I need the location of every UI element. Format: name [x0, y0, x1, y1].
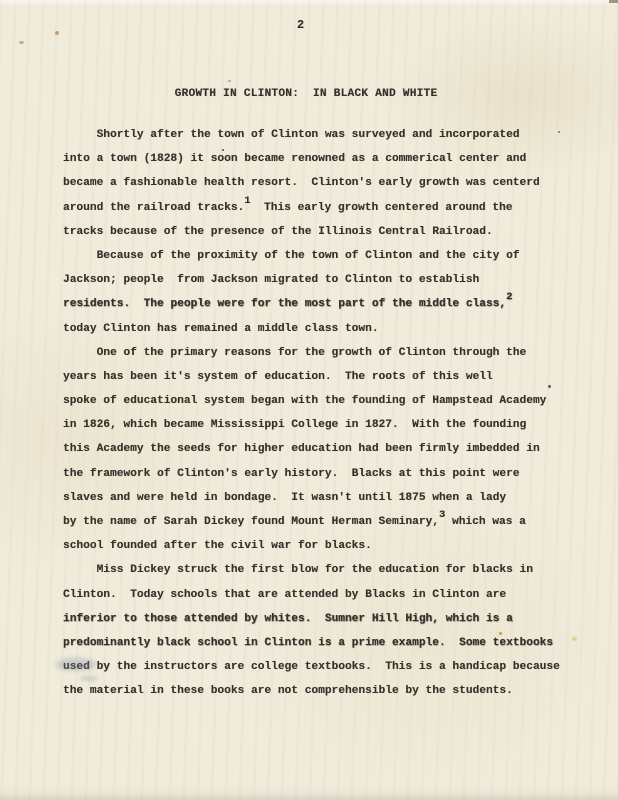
text-line: this Academy the seeds for higher educat…: [63, 437, 560, 461]
scan-edge-mark: [609, 0, 618, 3]
stain-speck: [19, 41, 24, 44]
footnote-marker: 2: [506, 291, 512, 303]
typewritten-document-page: 2 GROWTH IN CLINTON: IN BLACK AND WHITE …: [0, 0, 618, 800]
text-line: into a town (1828) it soon became renown…: [63, 147, 560, 171]
stain-speck: [228, 80, 231, 82]
ink-smudge: [56, 658, 96, 671]
footnote-marker: 3: [439, 509, 445, 521]
text-line: years has been it's system of education.…: [63, 365, 560, 389]
text-line: the framework of Clinton's early history…: [63, 462, 560, 486]
text-line: around the railroad tracks.1 This early …: [63, 196, 560, 220]
footnote-marker: 1: [244, 195, 250, 207]
text-line: Miss Dickey struck the first blow for th…: [63, 558, 560, 582]
text-line: inferior to those attended by whites. Su…: [63, 607, 560, 631]
text-line: Clinton. Today schools that are attended…: [63, 583, 560, 607]
text-line: the material in these books are not comp…: [63, 679, 560, 703]
text-line: residents. The people were for the most …: [63, 292, 560, 316]
text-line: by the name of Sarah Dickey found Mount …: [63, 510, 560, 534]
text-line: became a fashionable health resort. Clin…: [63, 171, 560, 195]
stain-speck: [222, 149, 224, 151]
text-line: used by the instructors are college text…: [63, 655, 560, 679]
text-line: spoke of educational system began with t…: [63, 389, 560, 413]
document-title: GROWTH IN CLINTON: IN BLACK AND WHITE: [0, 86, 612, 102]
ink-smudge: [80, 676, 98, 681]
text-line: Because of the proximity of the town of …: [63, 244, 560, 268]
text-line: today Clinton has remained a middle clas…: [63, 317, 560, 341]
text-line: Shortly after the town of Clinton was su…: [63, 123, 560, 147]
page-number: 2: [0, 17, 601, 33]
text-line: school founded after the civil war for b…: [63, 534, 560, 558]
stain-speck: [572, 637, 577, 641]
text-line: predominantly black school in Clinton is…: [63, 631, 560, 655]
document-body: Shortly after the town of Clinton was su…: [63, 123, 560, 704]
text-line: Jackson; people from Jackson migrated to…: [63, 268, 560, 292]
text-line: One of the primary reasons for the growt…: [63, 341, 560, 365]
stain-speck: [55, 31, 59, 35]
stain-speck: [558, 131, 560, 133]
stain-speck: [499, 632, 502, 635]
stain-speck: [548, 385, 551, 388]
text-line: in 1826, which became Mississippi Colleg…: [63, 413, 560, 437]
text-line: tracks because of the presence of the Il…: [63, 220, 560, 244]
text-line: slaves and were held in bondage. It wasn…: [63, 486, 560, 510]
